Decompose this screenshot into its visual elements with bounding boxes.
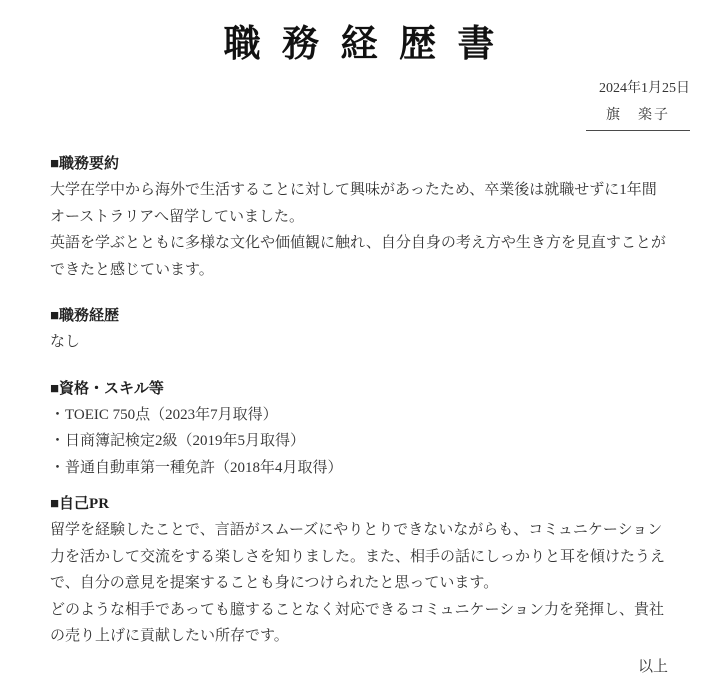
job-summary-paragraph: 英語を学ぶとともに多様な文化や価値観に触れ、自分自身の考え方や生き方を見直すこと… <box>50 230 668 283</box>
document-meta: 2024年1月25日 旗 楽子 <box>50 78 690 131</box>
section-heading-job-summary: ■職務要約 <box>50 151 668 177</box>
self-pr-paragraph: どのような相手であっても臆することなく対応できるコミュニケーション力を発揮し、貴… <box>50 597 668 650</box>
self-pr-paragraph: 留学を経験したことで、言語がスムーズにやりとりできないながらも、コミュニケーショ… <box>50 517 668 597</box>
applicant-name-row: 旗 楽子 <box>50 104 690 131</box>
section-heading-work-history: ■職務経歴 <box>50 303 668 329</box>
section-heading-self-pr: ■自己PR <box>50 491 668 517</box>
section-self-pr: ■自己PR 留学を経験したことで、言語がスムーズにやりとりできないながらも、コミ… <box>50 491 668 650</box>
closing-text: 以上 <box>50 654 668 678</box>
applicant-name: 旗 楽子 <box>586 104 690 131</box>
document-title: 職務経歴書 <box>50 22 668 68</box>
section-work-history: ■職務経歴 なし <box>50 303 668 356</box>
section-job-summary: ■職務要約 大学在学中から海外で生活することに対して興味があったため、卒業後は就… <box>50 151 668 283</box>
job-summary-paragraph: 大学在学中から海外で生活することに対して興味があったため、卒業後は就職せずに1年… <box>50 177 668 230</box>
document-date: 2024年1月25日 <box>50 78 690 100</box>
work-history-value: なし <box>50 329 668 356</box>
qualification-item: ・日商簿記検定2級（2019年5月取得） <box>50 428 668 455</box>
qualification-item: ・TOEIC 750点（2023年7月取得） <box>50 402 668 429</box>
section-heading-qualifications: ■資格・スキル等 <box>50 376 668 402</box>
section-qualifications: ■資格・スキル等 ・TOEIC 750点（2023年7月取得） ・日商簿記検定2… <box>50 376 668 482</box>
resume-document-page: 職務経歴書 2024年1月25日 旗 楽子 ■職務要約 大学在学中から海外で生活… <box>0 0 712 678</box>
qualification-item: ・普通自動車第一種免許（2018年4月取得） <box>50 455 668 482</box>
